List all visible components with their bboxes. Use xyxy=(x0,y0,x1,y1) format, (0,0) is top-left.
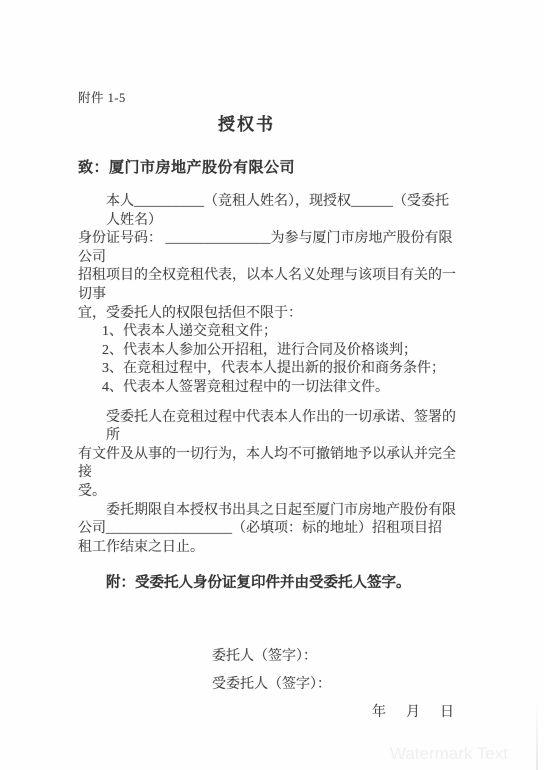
paragraph-line: 宜，受委托人的权限包括但不限于： xyxy=(78,305,459,324)
list-item: 2、代表本人参加公开招租，进行合同及价格谈判； xyxy=(78,342,459,361)
term-paragraph: 委托期限自本授权书出具之日起至厦门市房地产股份有限 公司____________… xyxy=(78,502,459,558)
authorization-letter: 附件 1-5 授权书 致：厦门市房地产股份有限公司 本人__________（竞… xyxy=(78,90,459,727)
agent-signature-label: 受委托人（签字）： xyxy=(78,671,459,699)
paragraph-line: 有文件及从事的一切行为，本人均不可撤销地予以承认并完全接 xyxy=(78,446,459,483)
list-item: 3、在竞租过程中，代表本人提出新的报价和商务条件； xyxy=(78,360,459,379)
commitment-paragraph: 受委托人在竞租过程中代表本人作出的一切承诺、签署的所 有文件及从事的一切行为，本… xyxy=(78,409,459,502)
principal-signature-label: 委托人（签字）： xyxy=(78,643,459,671)
recipient-line: 致：厦门市房地产股份有限公司 xyxy=(78,158,459,178)
list-item: 1、代表本人递交竞租文件； xyxy=(78,323,459,342)
date-line: 年 月 日 xyxy=(78,699,459,727)
intro-paragraph: 本人__________（竞租人姓名），现授权______（受委托人姓名） 身份… xyxy=(78,193,459,323)
paragraph-line: 身份证号码： _______________为参与厦门市房地产股份有限公司 xyxy=(78,230,459,267)
document-title: 授权书 xyxy=(78,114,415,136)
watermark-text: Watermark Text xyxy=(390,744,508,764)
attachment-label: 附件 1-5 xyxy=(78,90,459,106)
authority-list: 1、代表本人递交竞租文件； 2、代表本人参加公开招租，进行合同及价格谈判； 3、… xyxy=(78,323,459,397)
paragraph-line: 本人__________（竞租人姓名），现授权______（受委托人姓名） xyxy=(78,193,459,230)
paragraph-line: 受委托人在竞租过程中代表本人作出的一切承诺、签署的所 xyxy=(78,409,459,446)
paragraph-line: 受。 xyxy=(78,483,459,502)
scanned-document-page: 附件 1-5 授权书 致：厦门市房地产股份有限公司 本人__________（竞… xyxy=(0,0,544,770)
scan-edge-artifact xyxy=(536,698,538,770)
paragraph-line: 委托期限自本授权书出具之日起至厦门市房地产股份有限 xyxy=(78,502,459,521)
paragraph-line: 租工作结束之日止。 xyxy=(78,539,459,558)
paragraph-line: 招租项目的全权竞租代表，以本人名义处理与该项目有关的一切事 xyxy=(78,267,459,304)
list-item: 4、代表本人签署竞租过程中的一切法律文件。 xyxy=(78,379,459,398)
attachment-note: 附：受委托人身份证复印件并由受委托人签字。 xyxy=(78,573,459,593)
signature-block: 委托人（签字）： 受委托人（签字）： 年 月 日 xyxy=(78,643,459,727)
paragraph-line: 公司__________________（必填项：标的地址）招租项目招 xyxy=(78,520,459,539)
